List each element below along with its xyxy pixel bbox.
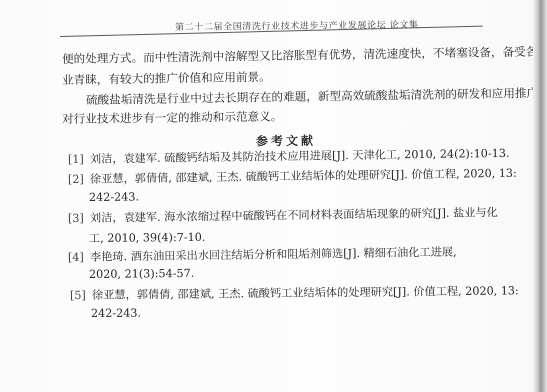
reference-text: 刘洁，袁建军. 硫酸钙结垢及其防治技术应用进展[J]. 天津化工, 2010, … bbox=[90, 147, 510, 166]
reference-number: [3] bbox=[68, 212, 90, 225]
page-binding-shadow bbox=[533, 0, 547, 392]
reference-4: [4]李艳琦. 酒东油田采出水回注结垢分析和阻垢剂筛选[J]. 精细石油化工进展… bbox=[68, 244, 457, 265]
body-paragraph-1-line-2: 业青睐，有较大的推广价值和应用前景。 bbox=[62, 69, 271, 88]
reference-text: 刘洁，袁建军. 海水浓缩过程中硫酸钙在不同材料表面结垢现象的研究[J]. 盐业与… bbox=[90, 206, 498, 225]
reference-5-continuation: 242-243. bbox=[91, 307, 141, 320]
reference-number: [1] bbox=[68, 153, 90, 166]
reference-2-continuation: 242-243. bbox=[89, 190, 139, 204]
reference-text: 李艳琦. 酒东油田采出水回注结垢分析和阻垢剂筛选[J]. 精细石油化工进展, bbox=[90, 246, 457, 264]
reference-3: [3]刘洁，袁建军. 海水浓缩过程中硫酸钙在不同材料表面结垢现象的研究[J]. … bbox=[68, 204, 498, 226]
reference-text: 徐亚慧，郭倩倩, 邵建斌, 王杰. 硫酸钙工业结垢体的处理研究[J]. 价值工程… bbox=[90, 167, 517, 186]
reference-3-continuation: 工, 2010, 39(4):7-10. bbox=[89, 229, 206, 246]
body-paragraph-1-line-1: 便的处理方式。而中性清洗剂中溶解型又比溶胀型有优势，清洗速度快，不堵塞设备，备受… bbox=[62, 43, 547, 67]
body-paragraph-2-line-2: 对行业技术进步有一定的推动和示范意义。 bbox=[62, 108, 282, 127]
reference-4-continuation: 2020, 21(3):54-57. bbox=[89, 267, 194, 281]
reference-number: [4] bbox=[68, 251, 90, 264]
reference-1: [1]刘洁，袁建军. 硫酸钙结垢及其防治技术应用进展[J]. 天津化工, 201… bbox=[68, 145, 510, 167]
reference-5: [5]徐亚慧，郭倩倩, 邵建斌, 王杰. 硫酸钙工业结垢体的处理研究[J]. 价… bbox=[70, 282, 519, 303]
reference-number: [5] bbox=[70, 289, 92, 302]
body-paragraph-2-line-1: 硫酸盐垢清洗是行业中过去长期存在的难题，新型高效硫酸盐垢清洗剂的研发和应用推广， bbox=[86, 85, 547, 108]
references-title: 参考文献 bbox=[256, 132, 316, 150]
reference-number: [2] bbox=[68, 173, 90, 186]
scanned-page: 第二十二届全国清洗行业技术进步与产业发展论坛 论文集 便的处理方式。而中性清洗剂… bbox=[0, 0, 547, 392]
reference-2: [2]徐亚慧，郭倩倩, 邵建斌, 王杰. 硫酸钙工业结垢体的处理研究[J]. 价… bbox=[68, 165, 517, 187]
reference-text: 徐亚慧，郭倩倩, 邵建斌, 王杰. 硫酸钙工业结垢体的处理研究[J]. 价值工程… bbox=[92, 284, 519, 301]
